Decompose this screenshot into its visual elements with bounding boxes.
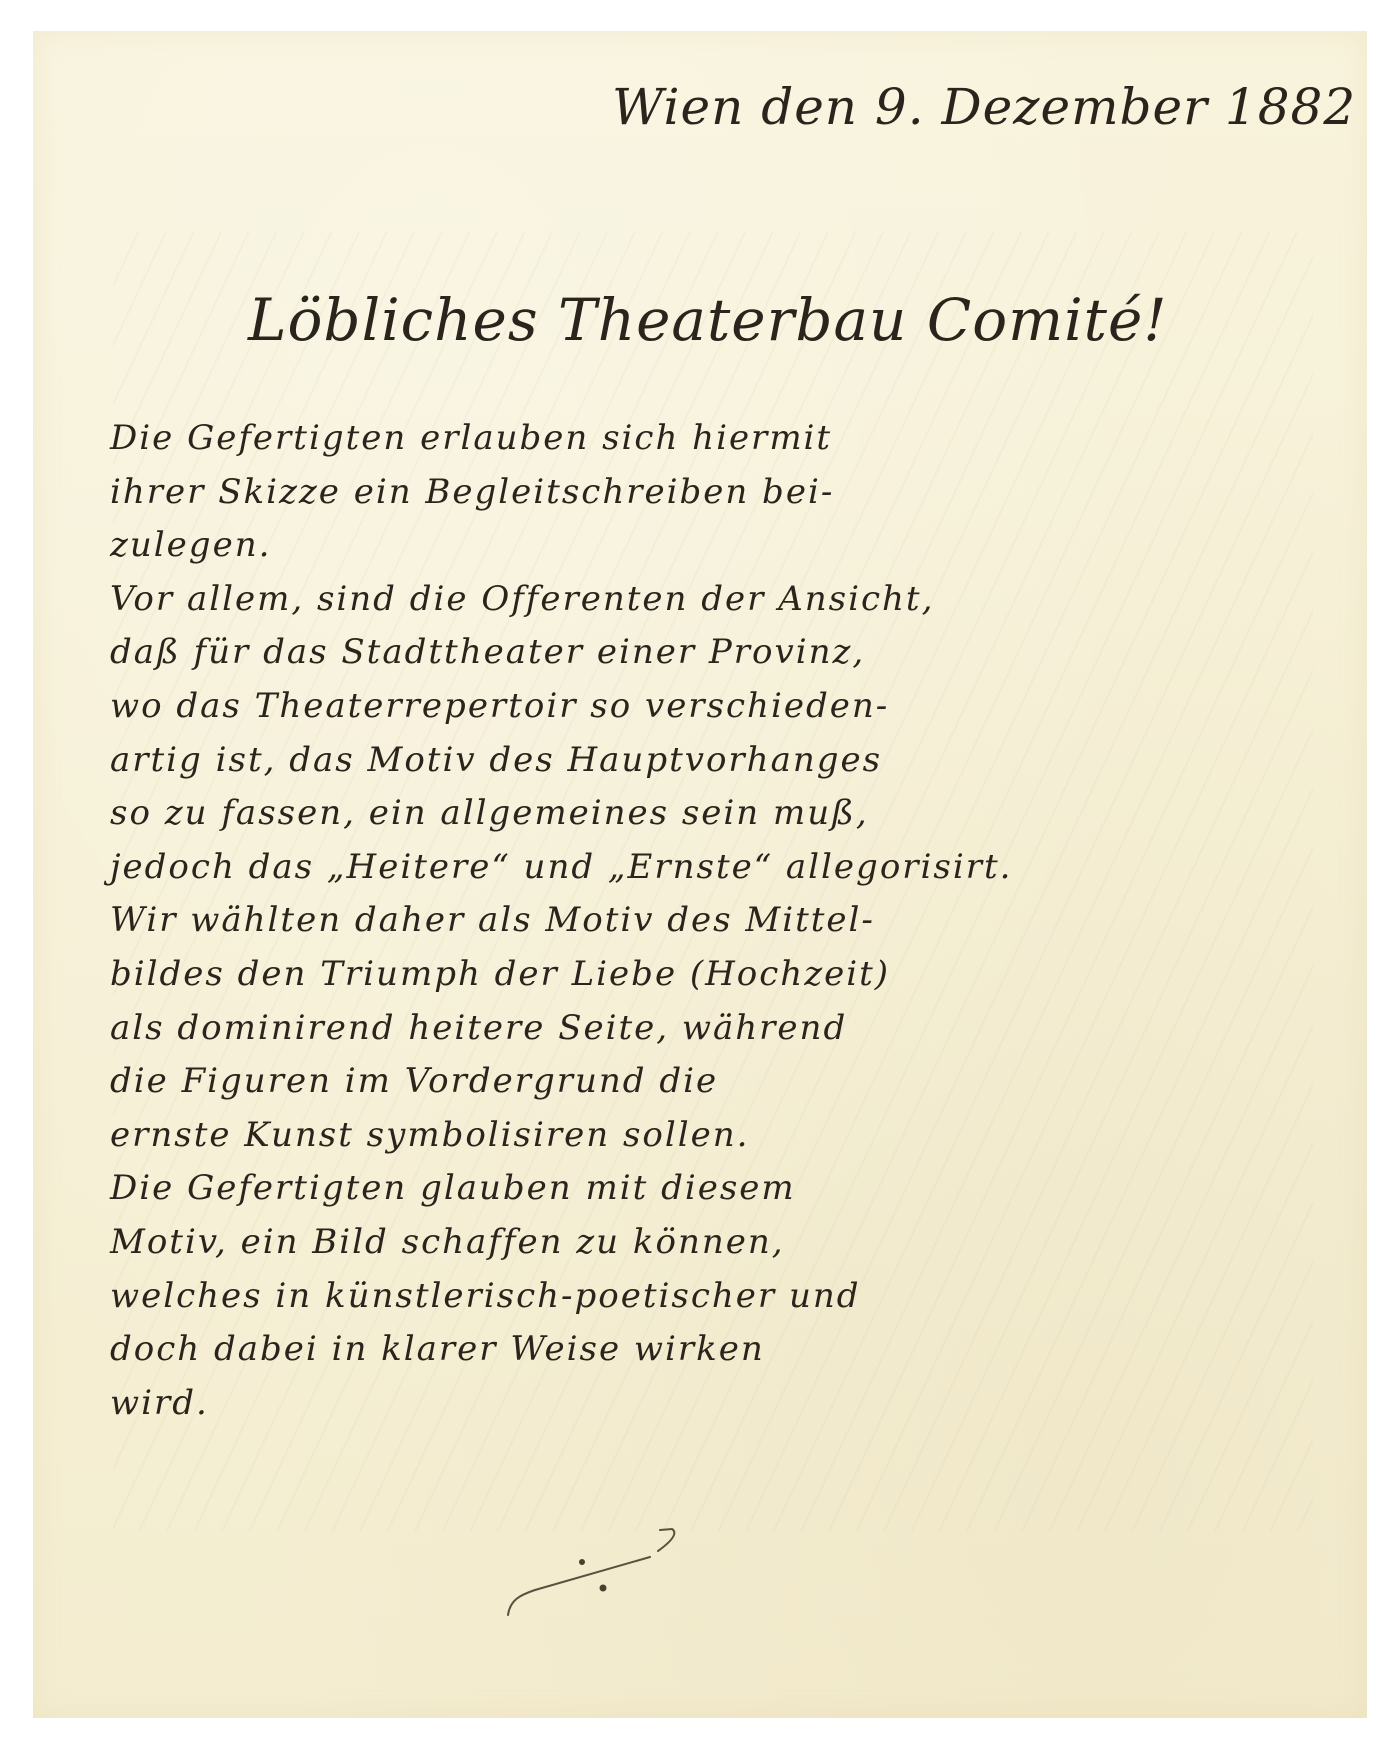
- letter-body: Die Gefertigten erlauben sich hiermit ih…: [110, 412, 1260, 1430]
- body-line: Die Gefertigten glauben mit diesem: [110, 1162, 1260, 1216]
- body-line: daß für das Stadttheater einer Provinz,: [110, 626, 1260, 680]
- body-line: doch dabei in klarer Weise wirken: [110, 1323, 1260, 1377]
- body-line: Die Gefertigten erlauben sich hiermit: [110, 412, 1260, 466]
- body-line: artig ist, das Motiv des Hauptvorhanges: [110, 734, 1260, 788]
- body-line: jedoch das „Heitere“ und „Ernste“ allego…: [110, 841, 1260, 895]
- body-line: als dominirend heitere Seite, während: [110, 1002, 1260, 1056]
- body-line: zulegen.: [110, 519, 1260, 573]
- body-line: ihrer Skizze ein Begleitschreiben bei-: [110, 466, 1260, 520]
- body-line: Wir wählten daher als Motiv des Mittel-: [110, 894, 1260, 948]
- body-line: wird.: [110, 1377, 1260, 1431]
- letter-salutation: Löbliches Theaterbau Comité!: [248, 286, 1168, 354]
- body-line: Vor allem, sind die Offerenten der Ansic…: [110, 573, 1260, 627]
- body-line: wo das Theaterrepertoir so verschieden-: [110, 680, 1260, 734]
- body-line: Motiv, ein Bild schaffen zu können,: [110, 1216, 1260, 1270]
- body-line: so zu fassen, ein allgemeines sein muß,: [110, 787, 1260, 841]
- body-line: bildes den Triumph der Liebe (Hochzeit): [110, 948, 1260, 1002]
- body-line: ernste Kunst symbolisiren sollen.: [110, 1109, 1260, 1163]
- letter-dateline: Wien den 9. Dezember 1882: [612, 78, 1356, 136]
- body-line: welches in künstlerisch-poetischer und: [110, 1270, 1260, 1324]
- closing-flourish-icon: [500, 1515, 700, 1625]
- body-line: die Figuren im Vordergrund die: [110, 1055, 1260, 1109]
